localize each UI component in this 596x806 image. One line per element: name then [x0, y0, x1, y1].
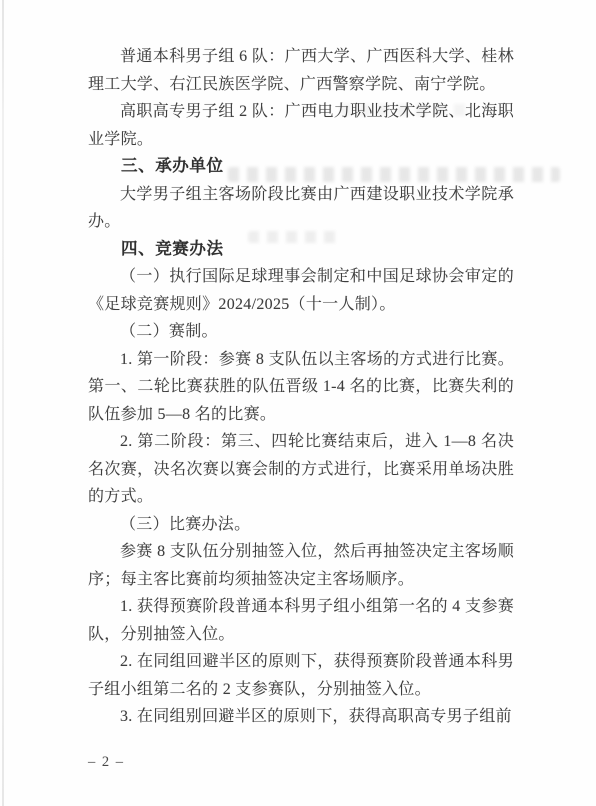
section-heading-organizer: 三、承办单位	[88, 153, 514, 181]
paragraph-rules-reference: （一）执行国际足球理事会制定和中国足球协会审定的《足球竞赛规则》2024/202…	[88, 263, 514, 318]
document-page: 普通本科男子组 6 队：广西大学、广西医科大学、桂林理工大学、右江民族医学院、广…	[0, 0, 596, 806]
paragraph-draw-rule-1: 1. 获得预赛阶段普通本科男子组小组第一名的 4 支参赛队，分别抽签入位。	[88, 593, 514, 648]
paragraph-format-label: （二）赛制。	[88, 318, 514, 346]
section-heading-competition-method: 四、竞赛办法	[88, 236, 514, 264]
paragraph-stage-two: 2. 第二阶段：第三、四轮比赛结束后，进入 1—8 名决名次赛，决名次赛以赛会制…	[88, 428, 514, 511]
document-body: 普通本科男子组 6 队：广西大学、广西医科大学、桂林理工大学、右江民族医学院、广…	[88, 43, 514, 731]
scan-edge-shadow	[2, 0, 4, 806]
paragraph-draw-procedure: 参赛 8 支队伍分别抽签入位，然后再抽签决定主客场顺序；每主客比赛前均须抽签决定…	[88, 538, 514, 593]
page-number: – 2 –	[88, 754, 125, 771]
paragraph-team-list-vocational: 高职高专男子组 2 队：广西电力职业技术学院、北海职业学院。	[88, 98, 514, 153]
paragraph-draw-rule-3: 3. 在同组别回避半区的原则下，获得高职高专男子组前	[88, 703, 514, 731]
paragraph-team-list-undergraduate: 普通本科男子组 6 队：广西大学、广西医科大学、桂林理工大学、右江民族医学院、广…	[88, 43, 514, 98]
paragraph-stage-one: 1. 第一阶段：参赛 8 支队伍以主客场的方式进行比赛。第一、二轮比赛获胜的队伍…	[88, 346, 514, 429]
paragraph-organizer: 大学男子组主客场阶段比赛由广西建设职业技术学院承办。	[88, 181, 514, 236]
paragraph-draw-rule-2: 2. 在同组回避半区的原则下，获得预赛阶段普通本科男子组小组第二名的 2 支参赛…	[88, 648, 514, 703]
paragraph-match-method-label: （三）比赛办法。	[88, 511, 514, 539]
